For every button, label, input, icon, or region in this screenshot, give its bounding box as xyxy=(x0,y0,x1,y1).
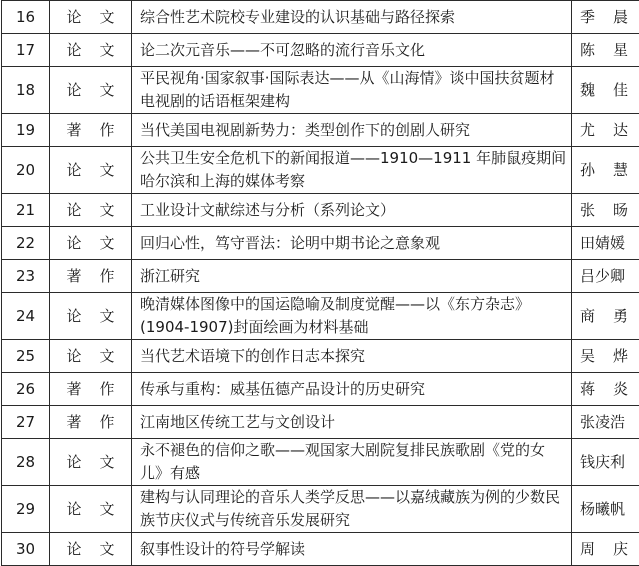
type-label: 著作 xyxy=(66,411,132,434)
type-label: 论文 xyxy=(66,79,132,102)
author-name: 陈星 xyxy=(580,41,639,59)
type-cell: 论文 xyxy=(50,533,132,566)
type-cell: 论文 xyxy=(50,439,132,486)
author-cell: 吴烨 xyxy=(572,340,639,373)
author-name: 吴烨 xyxy=(580,347,639,365)
row-number-cell: 23 xyxy=(2,260,50,293)
author-name: 季晨 xyxy=(580,8,639,26)
title-cell: 建构与认同理论的音乐人类学反思——以嘉绒藏族为例的少数民族节庆仪式与传统音乐发展… xyxy=(132,486,572,533)
type-cell: 论文 xyxy=(50,340,132,373)
row-number-cell: 30 xyxy=(2,533,50,566)
table-row: 20论文公共卫生安全危机下的新闻报道——1910—1911 年肺鼠疫期间哈尔滨和… xyxy=(2,147,639,194)
author-name: 张凌浩 xyxy=(580,413,625,431)
title-cell: 工业设计文献综述与分析（系列论文） xyxy=(132,194,572,227)
type-cell: 著作 xyxy=(50,260,132,293)
type-label: 论文 xyxy=(66,305,132,328)
row-number-cell: 22 xyxy=(2,227,50,260)
title-cell: 回归心性，笃守晋法：论明中期书论之意象观 xyxy=(132,227,572,260)
row-number-cell: 17 xyxy=(2,34,50,67)
row-number-cell: 28 xyxy=(2,439,50,486)
author-name: 商勇 xyxy=(580,307,639,325)
type-label: 论文 xyxy=(66,159,132,182)
table-row: 17论文论二次元音乐——不可忽略的流行音乐文化陈星 xyxy=(2,34,639,67)
row-number-cell: 19 xyxy=(2,114,50,147)
type-label: 论文 xyxy=(66,538,132,561)
author-name: 孙慧 xyxy=(580,161,639,179)
author-name: 魏佳 xyxy=(580,81,639,99)
type-cell: 论文 xyxy=(50,194,132,227)
author-cell: 尤达 xyxy=(572,114,639,147)
table-row: 29论文建构与认同理论的音乐人类学反思——以嘉绒藏族为例的少数民族节庆仪式与传统… xyxy=(2,486,639,533)
row-number-cell: 25 xyxy=(2,340,50,373)
title-cell: 江南地区传统工艺与文创设计 xyxy=(132,406,572,439)
title-cell: 当代美国电视剧新势力：类型创作下的创剧人研究 xyxy=(132,114,572,147)
author-name: 蒋炎 xyxy=(580,380,639,398)
type-label: 论文 xyxy=(66,345,132,368)
table-row: 26著作传承与重构：威基伍德产品设计的历史研究蒋炎 xyxy=(2,373,639,406)
table-row: 27著作江南地区传统工艺与文创设计张凌浩 xyxy=(2,406,639,439)
title-cell: 当代艺术语境下的创作日志本探究 xyxy=(132,340,572,373)
type-cell: 论文 xyxy=(50,147,132,194)
row-number-cell: 21 xyxy=(2,194,50,227)
table-row: 19著作当代美国电视剧新势力：类型创作下的创剧人研究尤达 xyxy=(2,114,639,147)
table-row: 25论文当代艺术语境下的创作日志本探究吴烨 xyxy=(2,340,639,373)
title-cell: 永不褪色的信仰之歌——观国家大剧院复排民族歌剧《党的女儿》有感 xyxy=(132,439,572,486)
author-cell: 魏佳 xyxy=(572,67,639,114)
title-cell: 浙江研究 xyxy=(132,260,572,293)
author-cell: 商勇 xyxy=(572,293,639,340)
author-name: 张旸 xyxy=(580,201,639,219)
row-number-cell: 29 xyxy=(2,486,50,533)
title-cell: 论二次元音乐——不可忽略的流行音乐文化 xyxy=(132,34,572,67)
table-row: 21论文工业设计文献综述与分析（系列论文）张旸 xyxy=(2,194,639,227)
type-cell: 著作 xyxy=(50,114,132,147)
type-cell: 论文 xyxy=(50,486,132,533)
type-label: 著作 xyxy=(66,265,132,288)
type-label: 论文 xyxy=(66,232,132,255)
author-name: 钱庆利 xyxy=(580,453,625,471)
type-label: 著作 xyxy=(66,119,132,142)
type-label: 著作 xyxy=(66,378,132,401)
type-label: 论文 xyxy=(66,451,132,474)
type-label: 论文 xyxy=(66,498,132,521)
author-cell: 陈星 xyxy=(572,34,639,67)
author-cell: 季晨 xyxy=(572,1,639,34)
title-cell: 传承与重构：威基伍德产品设计的历史研究 xyxy=(132,373,572,406)
title-cell: 平民视角·国家叙事·国际表达——从《山海情》谈中国扶贫题材电视剧的话语框架建构 xyxy=(132,67,572,114)
author-name: 尤达 xyxy=(580,121,639,139)
type-cell: 著作 xyxy=(50,406,132,439)
table-row: 16论文综合性艺术院校专业建设的认识基础与路径探索季晨 xyxy=(2,1,639,34)
row-number-cell: 27 xyxy=(2,406,50,439)
author-cell: 张旸 xyxy=(572,194,639,227)
type-label: 论文 xyxy=(66,39,132,62)
author-cell: 钱庆利 xyxy=(572,439,639,486)
achievements-table: 16论文综合性艺术院校专业建设的认识基础与路径探索季晨17论文论二次元音乐——不… xyxy=(1,0,639,566)
type-cell: 论文 xyxy=(50,34,132,67)
type-cell: 著作 xyxy=(50,373,132,406)
author-name: 田婧媛 xyxy=(580,234,625,252)
table-row: 22论文回归心性，笃守晋法：论明中期书论之意象观田婧媛 xyxy=(2,227,639,260)
author-cell: 孙慧 xyxy=(572,147,639,194)
type-label: 论文 xyxy=(66,199,132,222)
table-row: 23著作浙江研究吕少卿 xyxy=(2,260,639,293)
type-cell: 论文 xyxy=(50,67,132,114)
title-cell: 公共卫生安全危机下的新闻报道——1910—1911 年肺鼠疫期间哈尔滨和上海的媒… xyxy=(132,147,572,194)
table-row: 18论文平民视角·国家叙事·国际表达——从《山海情》谈中国扶贫题材电视剧的话语框… xyxy=(2,67,639,114)
author-cell: 蒋炎 xyxy=(572,373,639,406)
author-name: 周庆 xyxy=(580,540,639,558)
title-cell: 叙事性设计的符号学解读 xyxy=(132,533,572,566)
title-cell: 综合性艺术院校专业建设的认识基础与路径探索 xyxy=(132,1,572,34)
row-number-cell: 16 xyxy=(2,1,50,34)
row-number-cell: 20 xyxy=(2,147,50,194)
author-name: 吕少卿 xyxy=(580,267,625,285)
type-cell: 论文 xyxy=(50,1,132,34)
row-number-cell: 18 xyxy=(2,67,50,114)
table-row: 24论文晚清媒体图像中的国运隐喻及制度觉醒——以《东方杂志》(1904-1907… xyxy=(2,293,639,340)
title-cell: 晚清媒体图像中的国运隐喻及制度觉醒——以《东方杂志》(1904-1907)封面绘… xyxy=(132,293,572,340)
author-cell: 周庆 xyxy=(572,533,639,566)
author-cell: 杨曦帆 xyxy=(572,486,639,533)
author-cell: 吕少卿 xyxy=(572,260,639,293)
row-number-cell: 24 xyxy=(2,293,50,340)
table-row: 28论文永不褪色的信仰之歌——观国家大剧院复排民族歌剧《党的女儿》有感钱庆利 xyxy=(2,439,639,486)
author-cell: 张凌浩 xyxy=(572,406,639,439)
type-cell: 论文 xyxy=(50,293,132,340)
author-name: 杨曦帆 xyxy=(580,500,625,518)
type-cell: 论文 xyxy=(50,227,132,260)
author-cell: 田婧媛 xyxy=(572,227,639,260)
type-label: 论文 xyxy=(66,6,132,29)
table-row: 30论文叙事性设计的符号学解读周庆 xyxy=(2,533,639,566)
row-number-cell: 26 xyxy=(2,373,50,406)
